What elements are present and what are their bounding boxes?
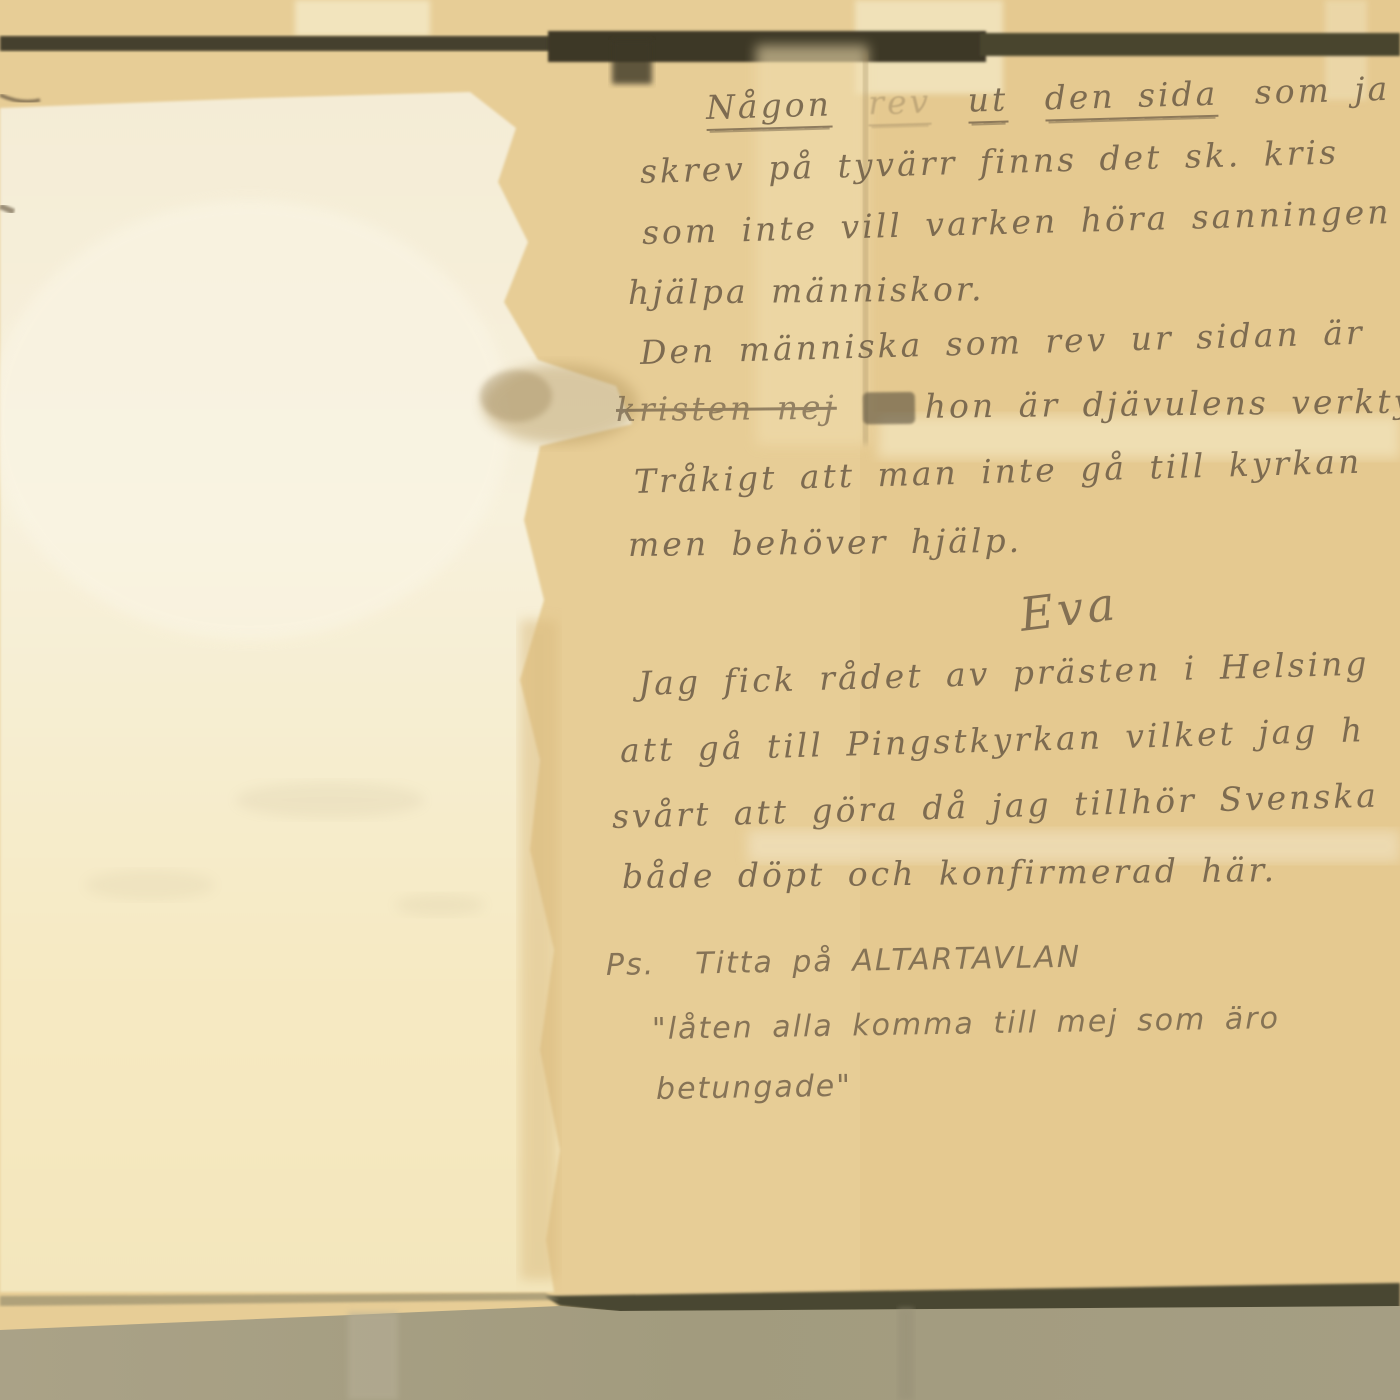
left-page-bottom-shadow [0, 1293, 560, 1306]
handwriting-line-8: men behöver hjälp. [628, 521, 1022, 564]
faded-word: rev [868, 82, 932, 127]
ps-text: Titta på ALTARTAVLAN [695, 940, 1082, 982]
ghost-mark-3 [395, 894, 485, 916]
cover-top-edge-left [0, 36, 565, 51]
handwriting-line-2: skrev på tyvärr finns det sk. kris [639, 132, 1339, 191]
handwriting-line-12: både döpt och konfirmerad här. [622, 850, 1277, 896]
handwriting-line-3: som inte vill varken höra sanningen [641, 192, 1392, 252]
left-edge-pen-mark [0, 95, 40, 102]
torn-left-page [0, 92, 632, 1292]
handwriting-line-4: hjälpa människor. [628, 269, 985, 312]
left-page-sheen [0, 200, 510, 640]
ghost-mark-1 [235, 782, 425, 818]
handwriting-line-6: kristen nejhon är djävulens verktyg [616, 381, 1400, 429]
left-edge-pen-dot [0, 206, 14, 212]
ps-quote-line-1: "låten alla komma till mej som äro [652, 1001, 1281, 1047]
table-seam [898, 1308, 914, 1400]
signature-eva: Eva [1017, 576, 1122, 642]
table-light-streak [348, 1312, 398, 1400]
ink-blot [863, 392, 915, 425]
cover-top-edge-right [980, 33, 1400, 56]
handwriting-line-7: Tråkigt att man inte gå till kyrkan [633, 442, 1362, 501]
ghost-mark-2 [85, 870, 215, 900]
cover-bottom-edge [545, 1283, 1400, 1313]
line-rest: hon är djävulens verktyg [925, 381, 1400, 425]
torn-edge-smudge-dark [480, 370, 552, 422]
handwriting-line-10: att gå till Pingstkyrkan vilket jag h [619, 710, 1365, 770]
top-light-strip-left [295, 0, 430, 36]
cover-top-edge-middle [548, 31, 986, 62]
torn-edge-smudge [482, 364, 638, 444]
cover-top-edge-notch [612, 40, 652, 84]
ps-line: Ps.Titta på ALTARTAVLAN [606, 940, 1082, 983]
handwriting-line-5: Den människa som rev ur sidan är [639, 313, 1365, 372]
ps-label: Ps. [606, 947, 656, 983]
handwriting-line-9: Jag fick rådet av prästen i Helsing [637, 644, 1370, 703]
ps-quote-line-2: betungade" [656, 1069, 853, 1107]
table-surface [0, 1306, 1400, 1400]
underlined-word: Någon [705, 84, 832, 130]
gutter-shadow [520, 620, 558, 1280]
struck-text: kristen nej [616, 388, 837, 429]
line-tail: som ja [1254, 69, 1391, 112]
handwriting-line-1: Någon rev ut den sida som ja [705, 69, 1400, 127]
word: ut [967, 80, 1009, 124]
handwriting-line-11: svårt att göra då jag tillhör Svenska k [611, 774, 1400, 836]
underlined-phrase: den sida [1044, 74, 1219, 122]
scanned-book-spread: Någon rev ut den sida som ja skrev på ty… [0, 0, 1400, 1400]
